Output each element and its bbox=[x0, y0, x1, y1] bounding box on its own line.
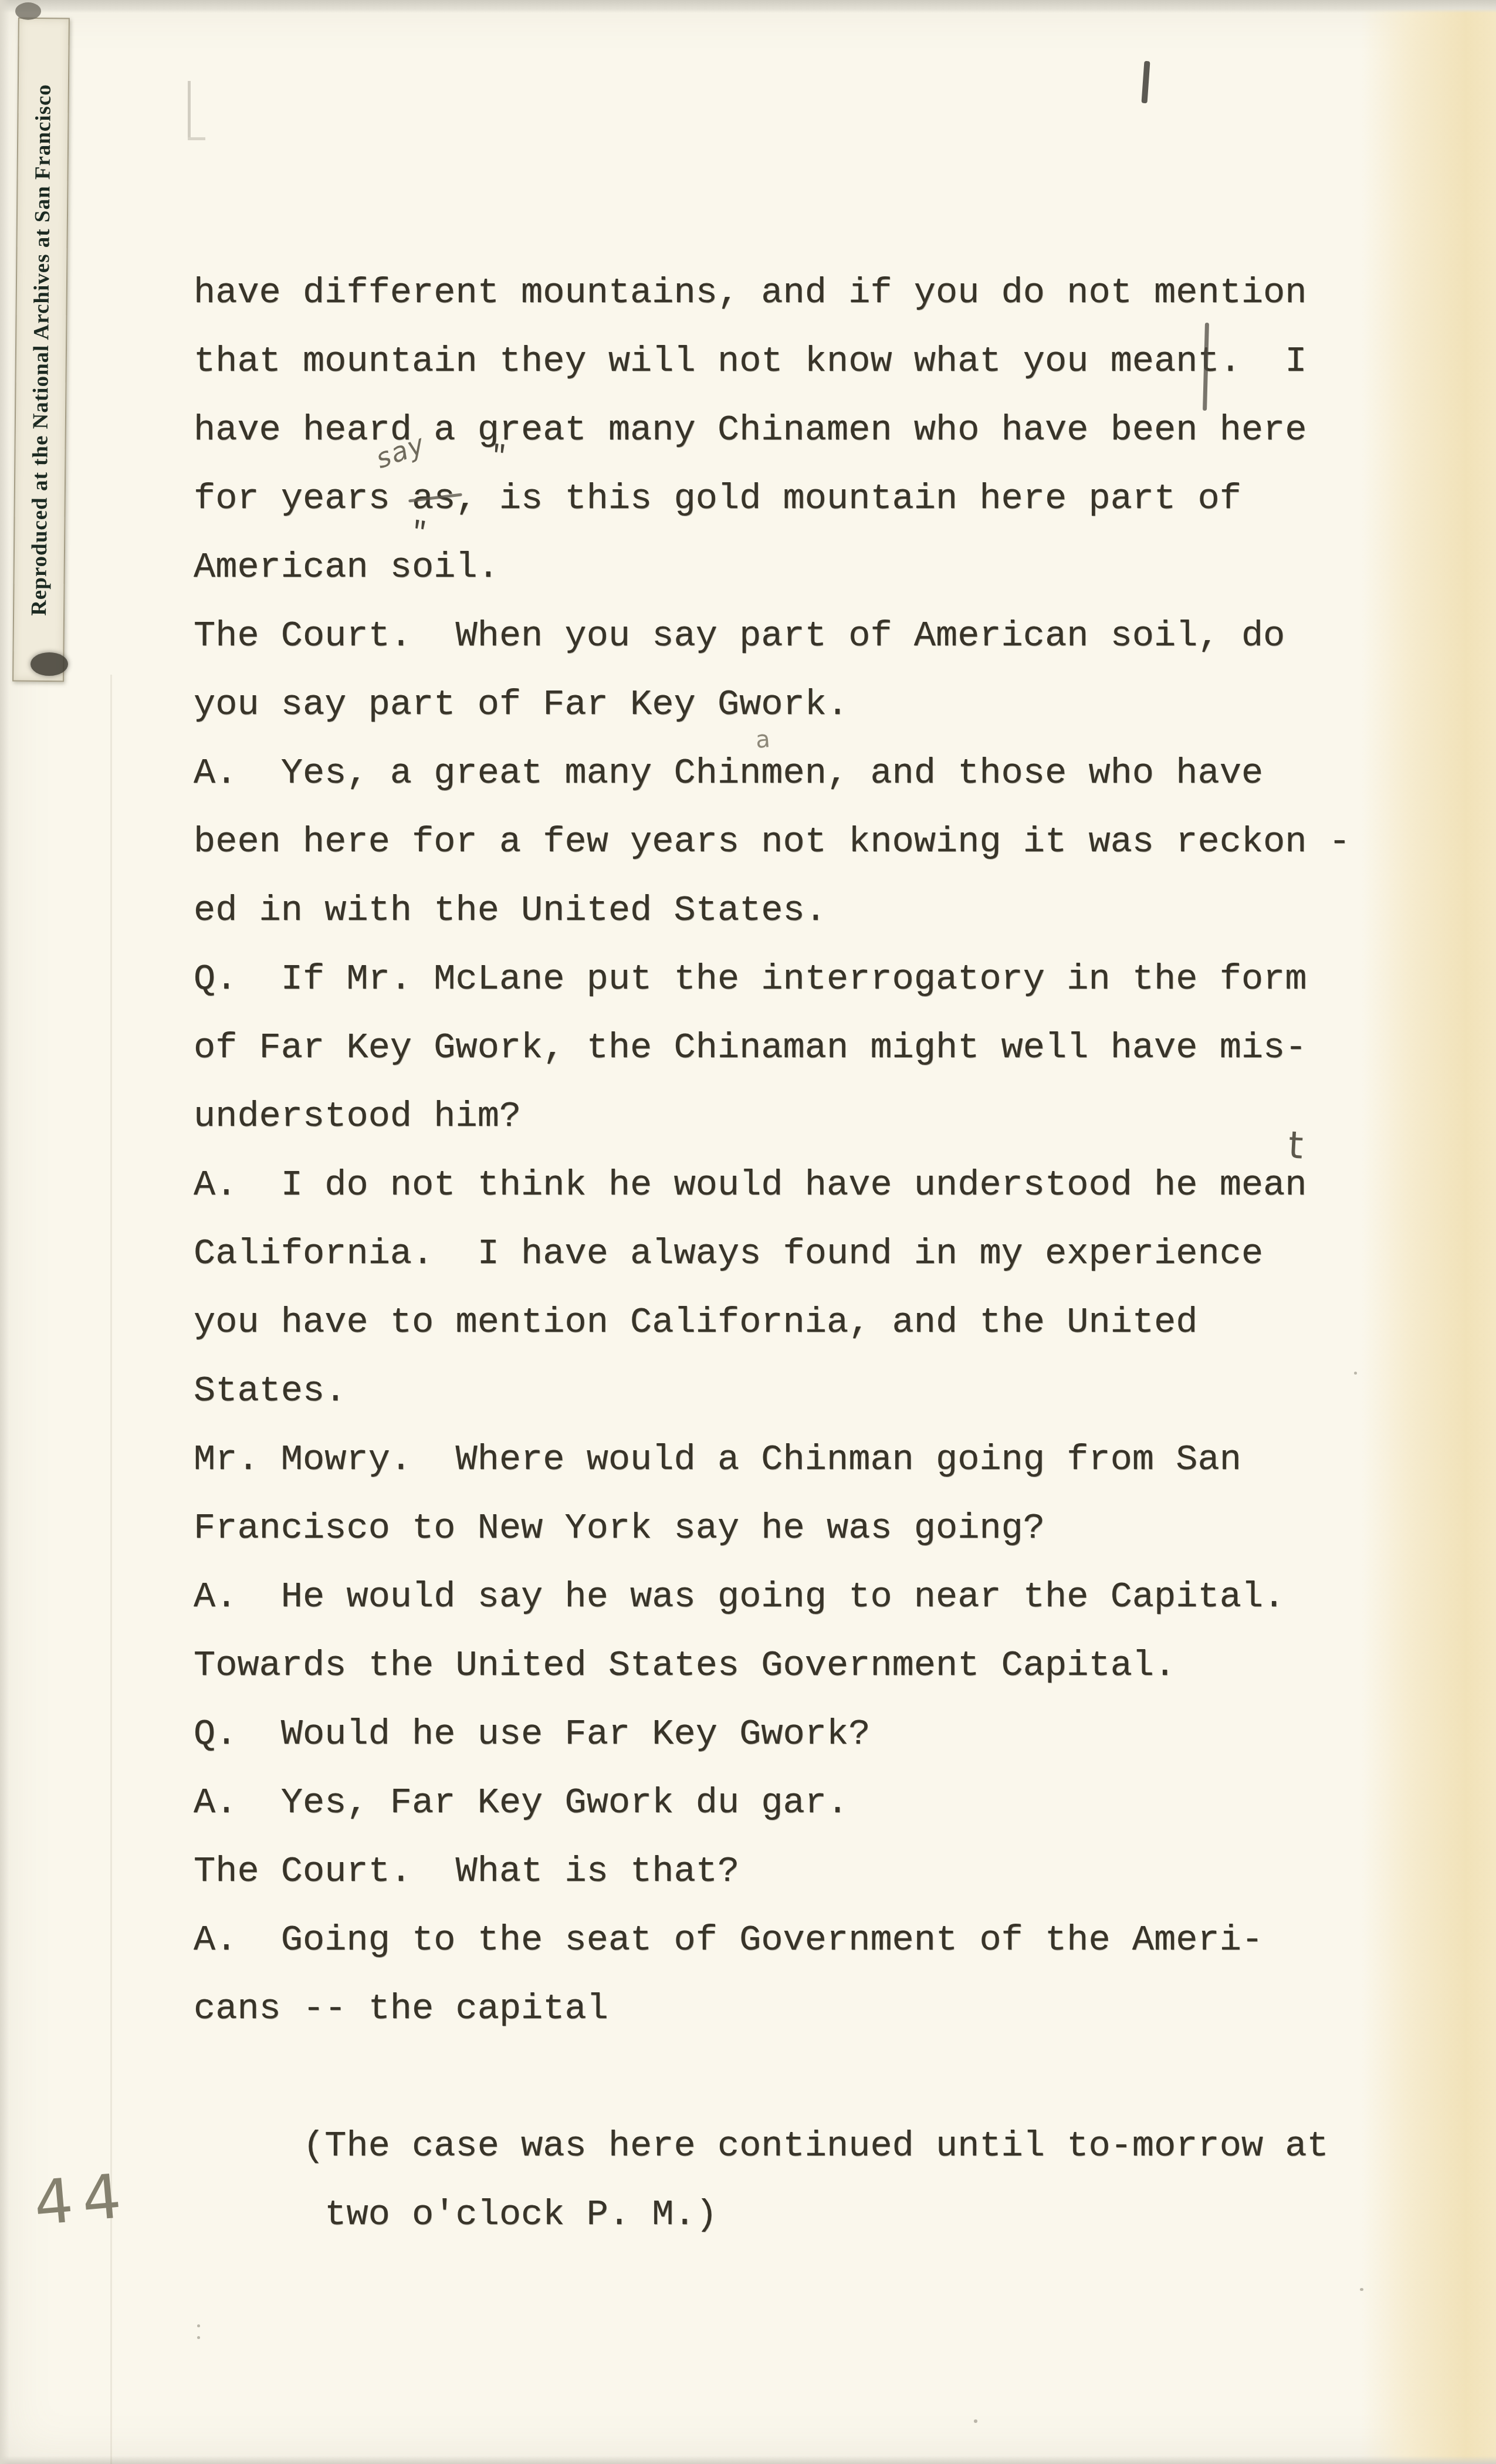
scan-left-edge bbox=[0, 0, 9, 2464]
typed-line: that mountain they will not know what yo… bbox=[194, 327, 1367, 395]
handwritten-letter-t: t bbox=[1287, 1123, 1304, 1167]
typed-line: ed in with the United States. bbox=[194, 876, 1367, 945]
yellowed-page-edge bbox=[1361, 0, 1496, 2464]
typed-line: for years as, is this gold mountain here… bbox=[194, 464, 1367, 533]
typed-line: A. I do not think he would have understo… bbox=[194, 1150, 1367, 1219]
typed-line: of Far Key Gwork, the Chinaman might wel… bbox=[194, 1013, 1367, 1082]
typed-line: Q. If Mr. McLane put the interrogatory i… bbox=[194, 945, 1367, 1013]
paper-speck bbox=[197, 2336, 200, 2339]
paper-speck bbox=[197, 2324, 200, 2327]
typed-line: Q. Would he use Far Key Gwork? bbox=[194, 1700, 1367, 1768]
inserted-quote-mark-top: " bbox=[489, 441, 508, 473]
typed-line: Towards the United States Government Cap… bbox=[194, 1631, 1367, 1700]
typed-line: A. He would say he was going to near the… bbox=[194, 1562, 1367, 1631]
inserted-letter-a: a bbox=[754, 726, 771, 754]
paper-speck bbox=[1360, 2288, 1363, 2291]
typed-line: California. I have always found in my ex… bbox=[194, 1219, 1367, 1288]
typed-line: Francisco to New York say he was going? bbox=[194, 1494, 1367, 1562]
scan-bottom-edge bbox=[0, 2456, 1496, 2464]
typed-line: The Court. When you say part of American… bbox=[194, 601, 1367, 670]
page-number-handwritten: 44 bbox=[31, 2160, 133, 2239]
typed-line bbox=[194, 2043, 1367, 2111]
archive-stamp-label: Reproduced at the National Archives at S… bbox=[12, 18, 70, 682]
typed-line: cans -- the capital bbox=[194, 1974, 1367, 2043]
ink-smudge bbox=[31, 652, 68, 676]
typed-line: States. bbox=[194, 1356, 1367, 1425]
typed-line: been here for a few years not knowing it… bbox=[194, 807, 1367, 876]
typed-line: A. Yes, Far Key Gwork du gar. bbox=[194, 1768, 1367, 1837]
typed-line: American soil. bbox=[194, 533, 1367, 601]
scan-top-edge bbox=[0, 0, 1496, 13]
paper-speck bbox=[1354, 1372, 1357, 1375]
typed-line: A. Yes, a great many Chinmen, and those … bbox=[194, 739, 1367, 807]
typed-line: The Court. What is that? bbox=[194, 1837, 1367, 1905]
scanned-page: Reproduced at the National Archives at S… bbox=[0, 0, 1496, 2464]
faint-corner-mark-vertical bbox=[188, 81, 191, 140]
typed-line: understood him? bbox=[194, 1082, 1367, 1150]
faint-corner-mark-horizontal bbox=[188, 137, 205, 140]
typed-line: (The case was here continued until to-mo… bbox=[194, 2111, 1367, 2180]
typed-line: A. Going to the seat of Government of th… bbox=[194, 1905, 1367, 1974]
scan-corner-smudge bbox=[15, 2, 41, 20]
typed-line: two o'clock P. M.) bbox=[194, 2180, 1367, 2249]
typed-text-block: have different mountains, and if you do … bbox=[194, 258, 1367, 2249]
typed-line: you have to mention California, and the … bbox=[194, 1288, 1367, 1356]
typed-line: have heard a great many Chinamen who hav… bbox=[194, 395, 1367, 464]
typed-line: Mr. Mowry. Where would a Chinman going f… bbox=[194, 1425, 1367, 1494]
typed-line: have different mountains, and if you do … bbox=[194, 258, 1367, 327]
typed-line: you say part of Far Key Gwork. bbox=[194, 670, 1367, 739]
archive-stamp-text: Reproduced at the National Archives at S… bbox=[26, 83, 56, 615]
paper-speck bbox=[974, 2419, 977, 2423]
